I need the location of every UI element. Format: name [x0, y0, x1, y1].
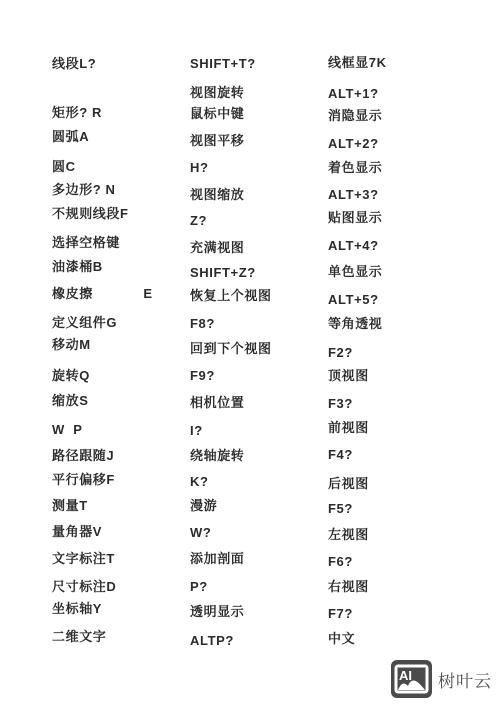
- shortcut-item: F4?: [328, 448, 353, 462]
- shortcut-item: 漫游: [190, 499, 217, 513]
- shortcut-item: F9?: [190, 369, 215, 383]
- shortcut-item: 圆C: [52, 160, 76, 174]
- shortcut-item: 测量T: [52, 499, 88, 513]
- shortcut-item: 文字标注T: [52, 552, 115, 566]
- shortcut-item: ALTP?: [190, 634, 234, 648]
- shortcut-item: F7?: [328, 607, 353, 621]
- shortcut-item: 线段L?: [52, 57, 96, 71]
- watermark-brand-text: 树叶云: [438, 667, 492, 692]
- shortcut-item: 右视图: [328, 580, 369, 594]
- shortcut-item: 平行偏移F: [52, 473, 115, 487]
- shortcut-item: 透明显示: [190, 605, 244, 619]
- shortcut-item: ALT+3?: [328, 188, 379, 202]
- shortcut-item: W P: [52, 423, 83, 437]
- shortcut-item: 不规则线段F: [52, 207, 129, 221]
- shortcut-item: 视图旋转: [190, 86, 244, 100]
- shortcut-item: 前视图: [328, 421, 369, 435]
- shortcut-item: ALT+2?: [328, 137, 379, 151]
- shortcut-item: ALT+5?: [328, 293, 379, 307]
- shortcut-item: 消隐显示: [328, 109, 382, 123]
- shortcut-item: F8?: [190, 317, 215, 331]
- shortcut-item: 路径跟随J: [52, 449, 114, 463]
- shortcut-item: 旋转Q: [52, 369, 90, 383]
- shortcut-item: 定义组件G: [52, 316, 117, 330]
- shortcut-item: 视图平移: [190, 134, 244, 148]
- shortcut-item: ALT+4?: [328, 239, 379, 253]
- shortcut-item: Z?: [190, 214, 207, 228]
- shortcut-item: 矩形? R: [52, 106, 102, 120]
- shortcut-item: 相机位置: [190, 396, 244, 410]
- shortcut-item: 坐标轴Y: [52, 602, 102, 616]
- shortcut-item: F2?: [328, 346, 353, 360]
- shortcut-item: W?: [190, 526, 211, 540]
- shortcut-item: 回到下个视图: [190, 342, 272, 356]
- ai-icon-label: AI: [399, 668, 412, 683]
- shortcut-item: 顶视图: [328, 369, 369, 383]
- shortcut-item: P?: [190, 580, 208, 594]
- shortcut-item: 量角器V: [52, 525, 102, 539]
- shortcut-item: 橡皮擦 E: [52, 287, 153, 301]
- shortcut-item: H?: [190, 161, 209, 175]
- shortcut-item: ALT+1?: [328, 87, 379, 101]
- shortcut-item: 恢复上个视图: [190, 289, 272, 303]
- shortcut-item: 绕轴旋转: [190, 449, 244, 463]
- shortcut-item: 左视图: [328, 528, 369, 542]
- shortcut-item: 视图缩放: [190, 188, 244, 202]
- shortcut-item: 二维文字: [52, 630, 106, 644]
- shortcut-item: 中文: [328, 632, 355, 646]
- shortcut-item: F3?: [328, 397, 353, 411]
- shortcut-item: 充满视图: [190, 241, 244, 255]
- shortcut-item: SHIFT+Z?: [190, 266, 256, 280]
- shortcut-item: F5?: [328, 502, 353, 516]
- ai-image-icon: AI: [391, 660, 432, 698]
- shortcut-item: 等角透视: [328, 317, 382, 331]
- shortcut-item: I?: [190, 424, 203, 438]
- shortcut-item: 选择空格键: [52, 236, 120, 250]
- shortcut-item: 圆弧A: [52, 130, 89, 144]
- shortcut-item: 贴图显示: [328, 211, 382, 225]
- shortcut-item: 缩放S: [52, 394, 88, 408]
- shortcut-item: K?: [190, 475, 209, 489]
- shortcut-document: 线段L?矩形? R圆弧A圆C多边形? N不规则线段F选择空格键油漆桶B橡皮擦 E…: [0, 0, 500, 708]
- shortcut-item: F6?: [328, 555, 353, 569]
- shortcut-item: 后视图: [328, 477, 369, 491]
- shortcut-item: 单色显示: [328, 265, 382, 279]
- shortcut-item: 尺寸标注D: [52, 580, 116, 594]
- shortcut-item: 移动M: [52, 338, 91, 352]
- shortcut-item: 多边形? N: [52, 183, 116, 197]
- shortcut-item: 线框显7K: [328, 56, 387, 70]
- shortcut-item: 油漆桶B: [52, 260, 103, 274]
- shortcut-item: SHIFT+T?: [190, 57, 256, 71]
- shortcut-item: 鼠标中键: [190, 107, 244, 121]
- shortcut-item: 添加剖面: [190, 552, 244, 566]
- watermark-logo: AI 树叶云: [391, 660, 492, 698]
- shortcut-item: 着色显示: [328, 161, 382, 175]
